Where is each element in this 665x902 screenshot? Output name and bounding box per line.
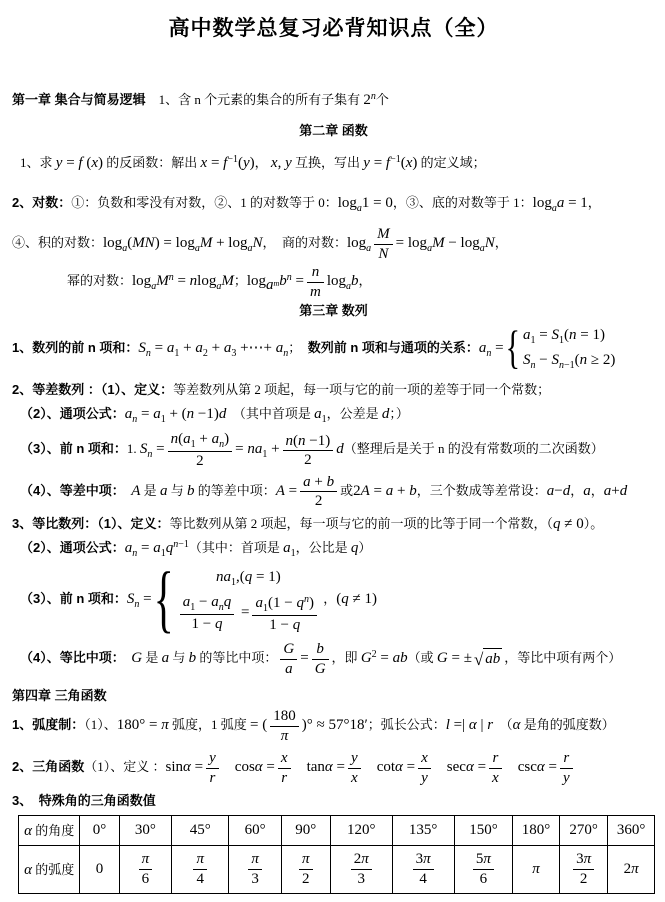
table-cell: 270° — [559, 815, 607, 845]
math-function: log — [461, 235, 480, 251]
text-run: ； — [288, 340, 308, 355]
math-run: 1 = 0 — [362, 195, 393, 211]
text-run: 1、含 n 个元素的集合的所有子集有 — [146, 92, 364, 107]
denominator: y — [418, 769, 431, 787]
bold-label: 第二章 函数 — [299, 123, 368, 138]
text-run: ④、积的对数： — [12, 235, 103, 250]
math-run: a + b — [303, 474, 334, 490]
math-run: = a — [151, 340, 174, 356]
text-run: （或 — [408, 650, 437, 665]
numerator: 3π — [413, 851, 434, 870]
math-run: + (n −1)d — [166, 406, 227, 422]
math-run: A = — [276, 483, 297, 499]
numerator: y — [348, 750, 361, 769]
math-run: 0 — [96, 861, 104, 877]
table-cell: 135° — [392, 815, 454, 845]
fraction: π2 — [299, 851, 313, 887]
bold-label: 第四章 三角函数 — [12, 688, 107, 703]
math-run: = — [152, 442, 164, 458]
numerator: 2π — [351, 851, 372, 870]
math-run: M — [377, 226, 390, 242]
text-run: ；） — [389, 406, 409, 421]
denominator: 4 — [413, 870, 434, 888]
table-cell: 45° — [172, 815, 229, 845]
text-run: （ — [493, 717, 513, 732]
bold-label: （3）、前 n 项和： — [20, 442, 127, 457]
text-run: 的等比中项： — [196, 650, 277, 665]
math-run: 135° — [409, 822, 438, 838]
denominator: m — [307, 283, 324, 301]
math-run: ) — [224, 431, 229, 447]
math-run: y — [563, 770, 570, 786]
math-run: 180° — [522, 822, 551, 838]
document-line: 2、三角函数（1）、定义 ：sinα =yr cosα =xr tanα =yx… — [12, 750, 655, 786]
math-run: 3π — [416, 851, 431, 867]
math-run: m — [310, 284, 321, 300]
math-run: π — [281, 728, 289, 744]
math-function: log — [103, 235, 122, 251]
math-run: y — [351, 750, 358, 766]
math-run: π — [251, 851, 259, 867]
math-run: = — [237, 604, 249, 620]
math-run: = — [491, 340, 503, 356]
math-run: π — [532, 861, 540, 877]
math-run: N — [378, 246, 388, 262]
math-run: (1 − q — [268, 595, 304, 611]
math-run: π — [196, 851, 204, 867]
denominator: 6 — [473, 870, 494, 888]
text-run: ， — [495, 235, 508, 250]
table-cell: 150° — [454, 815, 513, 845]
math-run: − S — [536, 352, 559, 368]
math-function: log — [327, 273, 346, 289]
math-run: α — [24, 823, 32, 839]
math-run: α = — [183, 759, 203, 775]
document-line: 1、数列的前 n 项和：Sn = a1 + a2 + a3 +⋯+ an； 数列… — [12, 325, 655, 373]
math-function: sec — [447, 759, 466, 775]
math-run: 2 — [196, 453, 204, 469]
math-run: b — [189, 650, 197, 666]
math-run: = — [292, 273, 304, 289]
piecewise-cases: {na1,(q = 1)a1 − anq1 − q =a1(1 − qn)1 −… — [154, 567, 320, 633]
document-line: 第一章 集合与简易逻辑 1、含 n 个元素的集合的所有子集有 2n个 — [12, 90, 655, 112]
numerator: a + b — [300, 474, 337, 493]
table-row: α 的角度0°30°45°60°90°120°135°150°180°270°3… — [19, 815, 655, 845]
math-run: = ab — [377, 650, 408, 666]
math-run: n(a — [171, 431, 191, 447]
numerator: a1(1 − qn) — [252, 594, 316, 616]
document-page: 高中数学总复习必背知识点（全） 第一章 集合与简易逻辑 1、含 n 个元素的集合… — [0, 0, 665, 902]
fraction: n(a1 + an)2 — [168, 431, 232, 470]
math-run: = — [396, 235, 408, 251]
math-function: log — [132, 273, 151, 289]
text-run: 是 — [140, 483, 160, 498]
math-run: 1 − q — [269, 617, 300, 633]
text-run: （1）、定义 ： — [84, 759, 165, 774]
math-run: r — [563, 750, 569, 766]
math-run: G — [131, 650, 142, 666]
math-run: = S — [536, 327, 559, 343]
piecewise-cases: {a1 = S1(n = 1)Sn − Sn−1(n ≥ 2) — [506, 325, 616, 373]
math-run: 45° — [190, 822, 211, 838]
math-run: α = — [537, 759, 557, 775]
math-run: 2A = a + b — [353, 483, 417, 499]
fraction: yx — [348, 750, 361, 786]
math-run: 2 — [580, 871, 588, 887]
math-run: 360° — [617, 822, 646, 838]
bold-label: 1、数列的前 n 项和： — [12, 340, 138, 355]
math-run: d — [336, 442, 344, 458]
bold-label: 3、等比数列：（1）、定义： — [12, 516, 169, 531]
text-run: ①：负数和零没有对数，②、1 的对数等于 0： — [71, 195, 338, 210]
math-run: = — [139, 591, 151, 607]
document-line: （4）、等差中项： A 是 a 与 b 的等差中项：A =a + b2或2A =… — [12, 474, 655, 510]
numerator: π — [193, 851, 207, 870]
math-run: = na — [235, 442, 262, 458]
text-run — [222, 759, 235, 774]
table-cell: 0° — [80, 815, 119, 845]
table-cell: 2π — [608, 845, 655, 893]
text-run: 个 — [376, 92, 389, 107]
math-run: (MN) = — [127, 235, 175, 251]
math-run: a — [523, 327, 531, 343]
math-function: log — [533, 195, 552, 211]
bold-label: （3）、前 n 项和： — [20, 591, 127, 606]
table-cell: 30° — [119, 815, 171, 845]
math-run: x — [421, 750, 428, 766]
math-run: 6 — [480, 871, 488, 887]
text-run: ，等比中项有两个） — [504, 650, 621, 665]
math-run: 3 — [357, 871, 365, 887]
math-run: M + — [200, 235, 228, 251]
superscript: n−1 — [173, 539, 189, 550]
text-run: （其中：首项是 — [189, 540, 283, 555]
text-run — [118, 483, 131, 498]
math-run: 180 — [273, 708, 296, 724]
bold-label: （4）、等差中项： — [20, 483, 118, 498]
math-run: q ≠ 0 — [553, 516, 584, 532]
text-run: 幂的对数： — [67, 273, 132, 288]
chapter-heading: 第四章 三角函数 — [12, 685, 655, 704]
math-run: x, y — [271, 155, 292, 171]
text-run: （1）、 — [84, 717, 117, 732]
math-function: log — [347, 235, 366, 251]
math-run: r — [210, 770, 216, 786]
math-run: G — [283, 641, 294, 657]
denominator: 6 — [139, 870, 153, 888]
text-run: 弧度，1 弧度 — [169, 717, 250, 732]
numerator: π — [248, 851, 262, 870]
cases-row: a1 − anq1 − q =a1(1 − qn)1 − q — [177, 594, 320, 634]
bold-label: 第三章 数列 — [299, 303, 368, 318]
math-run: N — [252, 235, 262, 251]
numerator: π — [139, 851, 153, 870]
text-run: 的弧度 — [32, 862, 74, 877]
denominator: 1 − q — [252, 616, 316, 634]
math-run: a — [283, 540, 291, 556]
subscript: am — [266, 281, 279, 292]
math-function: log — [228, 235, 247, 251]
math-run: = ( — [250, 717, 267, 733]
math-run: x = f — [201, 155, 228, 171]
numerator: n — [307, 264, 324, 283]
math-function: log — [197, 273, 216, 289]
text-run: 与 — [167, 483, 187, 498]
math-run: a — [314, 406, 322, 422]
math-run: 0° — [93, 822, 107, 838]
math-run: r — [492, 750, 498, 766]
denominator: π — [270, 727, 299, 745]
numerator: b — [312, 641, 329, 660]
denominator: 4 — [193, 870, 207, 888]
superscript: −1 — [227, 154, 238, 165]
fraction: 3π4 — [413, 851, 434, 887]
math-run: n — [312, 264, 320, 280]
table-cell: α 的弧度 — [19, 845, 80, 893]
denominator: r — [206, 769, 219, 787]
bold-label: 2、等差数列 ：（1）、定义： — [12, 382, 173, 397]
denominator: 2 — [168, 452, 232, 470]
document-line: （4）、等比中项： G 是 a 与 b 的等比中项：Ga=bG，即 G2 = a… — [12, 641, 655, 677]
math-function: csc — [518, 759, 537, 775]
text-run: 的反函数：解出 — [103, 155, 201, 170]
table-cell: 2π3 — [330, 845, 392, 893]
text-run: ， — [591, 483, 604, 498]
numerator: r — [489, 750, 502, 769]
text-run: ， — [359, 273, 372, 288]
numerator: y — [206, 750, 219, 769]
math-run: + a — [196, 431, 219, 447]
text-run: 的等差中项： — [194, 483, 275, 498]
math-run: π — [142, 851, 150, 867]
math-run: (n = 1) — [564, 327, 605, 343]
text-run: ， — [588, 195, 601, 210]
math-run: )° ≈ 57°18′ — [302, 717, 368, 733]
numerator: 3π — [573, 851, 594, 870]
math-run: r — [281, 770, 287, 786]
table-cell: 180° — [513, 815, 560, 845]
document-line: 3、 特殊角的三角函数值 — [12, 792, 655, 811]
text-run: 是角的弧度数） — [521, 717, 615, 732]
numerator: 180 — [270, 708, 299, 727]
denominator: y — [560, 769, 573, 787]
fraction: ry — [560, 750, 573, 786]
table-cell: π6 — [119, 845, 171, 893]
math-run: b — [279, 273, 287, 289]
math-run: x — [492, 770, 499, 786]
bold-label: 3、 特殊角的三角函数值 — [12, 793, 156, 808]
math-function: cot — [377, 759, 395, 775]
document-line: （2）、通项公式：an = a1 + (n −1)d （其中首项是 a1，公差是… — [12, 404, 655, 428]
document-line: 1、求 y = f (x) 的反函数：解出 x = f−1(y)， x, y 互… — [12, 153, 655, 175]
math-run: ab — [485, 651, 500, 667]
document-line: 幂的对数：logaMn = nlogaM；logambn =nmlogab， — [12, 264, 655, 300]
math-run: a — [266, 277, 274, 293]
fraction: bG — [312, 641, 329, 677]
table-cell: α 的角度 — [19, 815, 80, 845]
math-run: M — [156, 273, 169, 289]
document-line: （3）、前 n 项和：1. Sn =n(a1 + an)2= na1 +n(n … — [12, 431, 655, 470]
denominator: 2 — [283, 451, 334, 469]
math-run: = a — [137, 406, 160, 422]
subscript: n−1 — [559, 360, 575, 371]
cases-rows: na1,(q = 1)a1 − anq1 − q =a1(1 − qn)1 − … — [177, 567, 320, 633]
math-run: α = — [325, 759, 345, 775]
math-function: cos — [235, 759, 255, 775]
fraction: 3π2 — [573, 851, 594, 887]
bold-label: 数列前 n 项和与通项的关系： — [308, 340, 479, 355]
text-run: 1、求 — [20, 155, 56, 170]
math-function: log — [338, 195, 357, 211]
math-run: ) — [309, 595, 314, 611]
math-run: G — [361, 650, 372, 666]
fraction: a1(1 − qn)1 − q — [252, 594, 316, 634]
table-cell: 60° — [229, 815, 281, 845]
math-run: a — [285, 661, 293, 677]
cases-row: Sn − Sn−1(n ≥ 2) — [523, 350, 615, 374]
table-cell: 360° — [608, 815, 655, 845]
math-run: a−d — [547, 483, 570, 499]
math-run: (q ≠ 1) — [336, 591, 377, 607]
math-run: + a — [208, 340, 231, 356]
fraction: 5π6 — [473, 851, 494, 887]
bold-label: 2、对数： — [12, 195, 71, 210]
math-run: 4 — [196, 871, 204, 887]
numerator: x — [278, 750, 291, 769]
fraction: MN — [374, 226, 393, 262]
math-function: log — [408, 235, 427, 251]
math-run: 120° — [347, 822, 376, 838]
table-cell: π — [513, 845, 560, 893]
math-run: 2 — [315, 493, 323, 509]
math-run: n(n −1) — [286, 433, 331, 449]
text-run: ，公比是 — [296, 540, 351, 555]
fraction: a + b2 — [300, 474, 337, 510]
math-run: M − — [432, 235, 460, 251]
math-run: a — [162, 650, 170, 666]
math-run: b — [316, 641, 324, 657]
math-run: ,(q = 1) — [236, 569, 281, 585]
numerator: G — [280, 641, 297, 660]
table-cell: 90° — [281, 815, 330, 845]
math-run: α — [24, 862, 32, 878]
math-run: (y) — [238, 155, 255, 171]
chapter-heading: 第二章 函数 — [12, 120, 655, 139]
text-run — [434, 759, 447, 774]
numerator: n(n −1) — [283, 433, 334, 452]
table-cell: 3π4 — [392, 845, 454, 893]
text-run: ， — [320, 591, 336, 606]
text-run: 的角度 — [32, 823, 74, 838]
text-run — [294, 759, 307, 774]
fraction: 180π — [270, 708, 299, 744]
fraction: yr — [206, 750, 219, 786]
math-run: a = 1 — [557, 195, 588, 211]
denominator: 3 — [248, 870, 262, 888]
table-cell: 120° — [330, 815, 392, 845]
bold-label: 1、弧度制： — [12, 717, 84, 732]
fraction: π6 — [139, 851, 153, 887]
cases-row: a1 = S1(n = 1) — [523, 325, 605, 349]
math-run: α = — [395, 759, 415, 775]
table-cell: π3 — [229, 845, 281, 893]
math-run: M — [221, 273, 234, 289]
math-run: a — [583, 483, 591, 499]
bold-label: （2）、通项公式： — [20, 406, 125, 421]
math-run: 3π — [576, 851, 591, 867]
cases-row: na1,(q = 1) — [216, 567, 281, 591]
math-run: (x) — [401, 155, 418, 171]
math-function: tan — [307, 759, 325, 775]
math-run: = n — [174, 273, 197, 289]
text-run: （整理后是关于 n 的没有常数项的二次函数） — [344, 442, 604, 457]
math-run: 5π — [476, 851, 491, 867]
math-run: 2 — [302, 871, 310, 887]
math-run: y = f (x) — [56, 155, 103, 171]
numerator: a1 − anq — [180, 594, 234, 615]
math-run: y = f — [363, 155, 390, 171]
table-row: α 的弧度0π6π4π3π22π33π45π6π3π22π — [19, 845, 655, 893]
text-run: ， — [570, 483, 583, 498]
bold-label: （4）、等比中项： — [20, 650, 118, 665]
document-title: 高中数学总复习必背知识点（全） — [12, 12, 655, 42]
math-run: − a — [195, 594, 218, 610]
math-run: q — [224, 594, 232, 610]
math-run: b — [351, 273, 359, 289]
text-run: 等比数列从第 2 项起，每一项与它的前一项的比等于同一个常数，（ — [169, 516, 553, 531]
fraction: Ga — [280, 641, 297, 677]
text-run: ；弧长公式： — [368, 717, 446, 732]
math-run: y — [421, 770, 428, 786]
math-run: 90° — [295, 822, 316, 838]
math-function: sin — [166, 759, 184, 775]
math-run: l =| α | r — [446, 717, 493, 733]
denominator: 2 — [300, 492, 337, 510]
math-run: S — [523, 352, 531, 368]
bold-label: （2）、通项公式： — [20, 540, 125, 555]
math-run: 1 − q — [192, 616, 223, 632]
text-run — [118, 650, 131, 665]
math-run: S — [138, 340, 146, 356]
table-cell: 3π2 — [559, 845, 607, 893]
math-run: α — [513, 717, 521, 733]
radical-icon: √ — [474, 651, 483, 668]
denominator: a — [280, 660, 297, 678]
denominator: 1 − q — [180, 615, 234, 633]
math-run: = — [300, 650, 308, 666]
fraction: π3 — [248, 851, 262, 887]
math-run: = a — [137, 540, 160, 556]
document-line: 1、弧度制：（1）、180° = π 弧度，1 弧度 = (180π)° ≈ 5… — [12, 708, 655, 744]
math-run: na — [216, 569, 231, 585]
math-run: 2 — [304, 452, 312, 468]
text-run: ，即 — [332, 650, 361, 665]
text-run — [505, 759, 518, 774]
math-function: log — [247, 273, 266, 289]
document-line: 2、等差数列 ：（1）、定义：等差数列从第 2 项起，每一项与它的前一项的差等于… — [12, 381, 655, 400]
math-run: 2 — [363, 92, 371, 108]
bold-label: 2、三角函数 — [12, 759, 84, 774]
math-run: 2π — [354, 851, 369, 867]
text-run: 是 — [142, 650, 162, 665]
denominator: G — [312, 660, 329, 678]
text-run: 1. — [127, 442, 140, 457]
math-run: 270° — [569, 822, 598, 838]
text-run: ， 商的对数： — [262, 235, 347, 250]
math-run: 150° — [469, 822, 498, 838]
math-run: π — [302, 851, 310, 867]
text-run: 的定义域； — [417, 155, 485, 170]
